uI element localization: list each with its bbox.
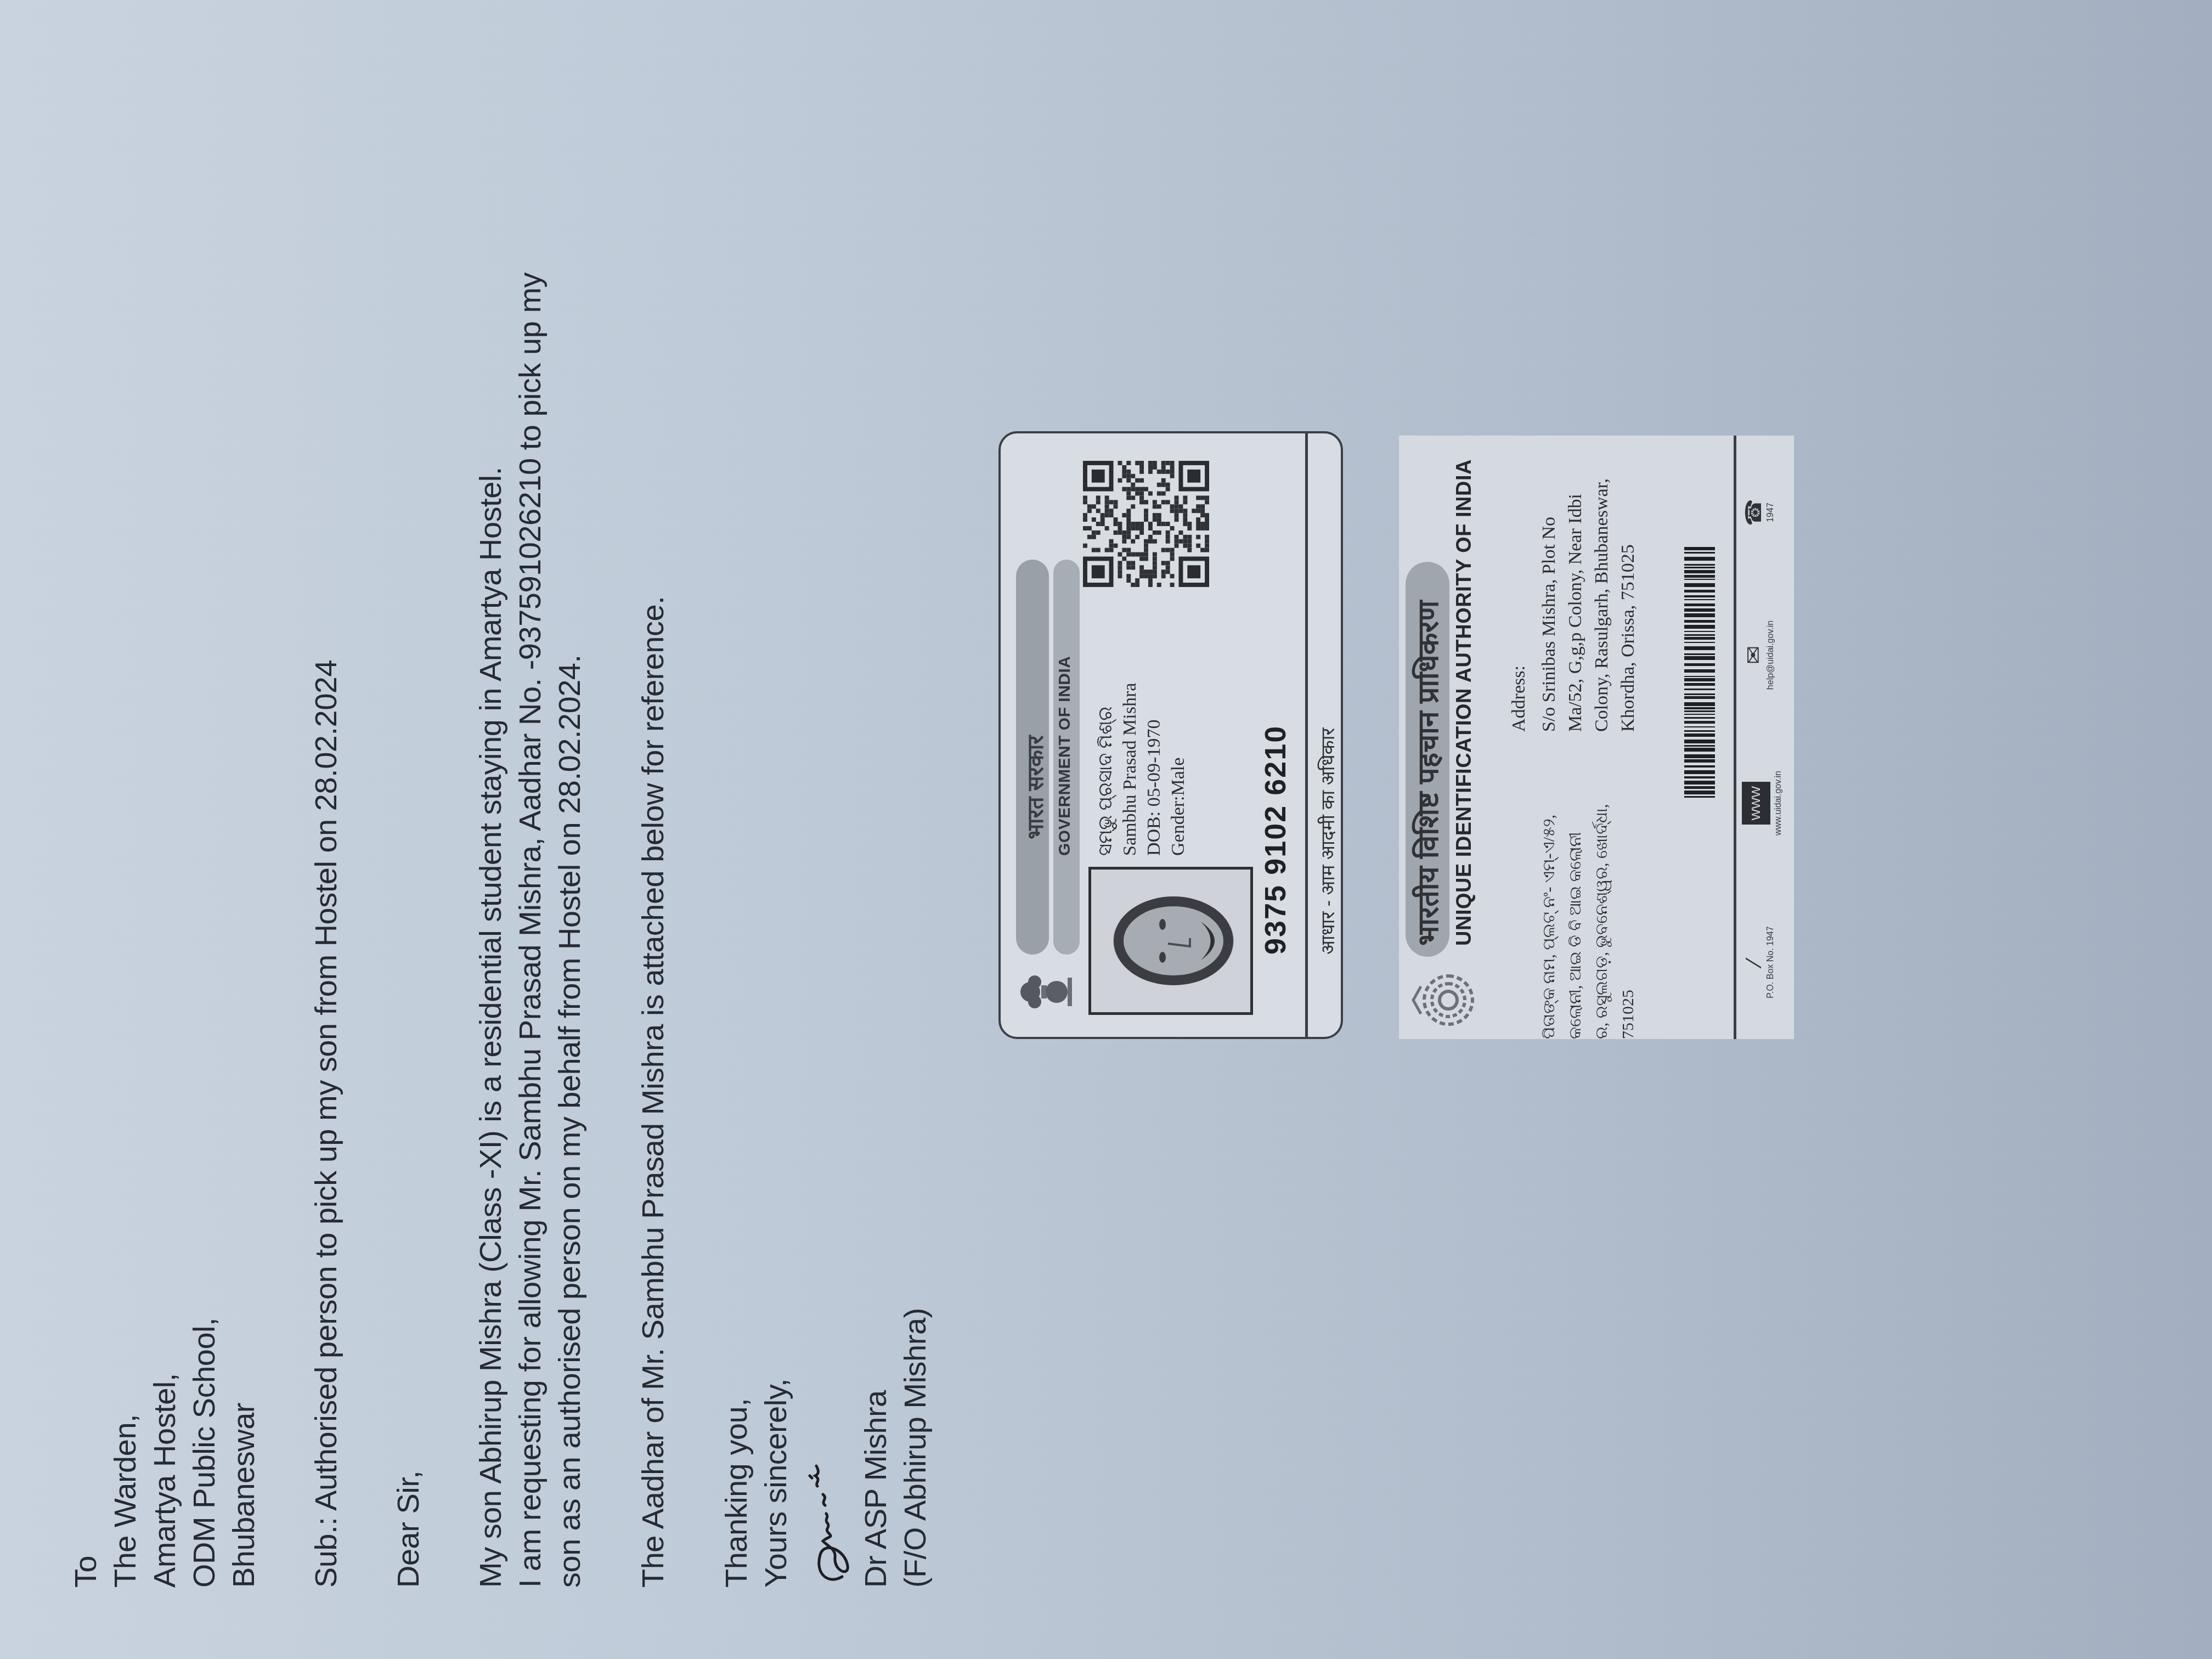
holder-name: Sambhu Prasad Mishra	[1118, 683, 1142, 856]
signatory-relation: (F/O Abhirup Mishra)	[895, 52, 935, 1588]
uidai-hindi: भारतीय विशिष्ट पहचान प्राधिकरण	[1408, 601, 1447, 946]
aadhaar-logo-icon	[1410, 964, 1476, 1036]
signature-icon	[795, 52, 856, 1588]
holder-dob: DOB: 05-09-1970	[1142, 683, 1166, 856]
address-local-line: ର, ରସୁଲଗଡ଼, ଭୁବନେଶ୍ୱର, ଖୋର୍ଦ୍ଧା,	[1589, 754, 1615, 1039]
closing-line: Yours sincerely,	[756, 52, 795, 1588]
qr-code-icon	[1083, 461, 1209, 587]
subject-line: Sub.: Authorised person to pick up my so…	[306, 52, 346, 1588]
address-label: Address:	[1509, 665, 1530, 732]
recipient-block: To The Warden, Amartya Hostel, ODM Publi…	[66, 52, 263, 1588]
address-line: Colony, Rasulgarh, Bhubaneswar,	[1589, 478, 1615, 732]
address-local-line: ପିତାଙ୍କ ନାମ, ପ୍ଲଟ୍ ନଂ- ଏମ୍-ଏ/୫୨,	[1536, 754, 1562, 1039]
salutation: Dear Sir,	[388, 52, 428, 1588]
uidai-english: UNIQUE IDENTIFICATION AUTHORITY OF INDIA	[1453, 459, 1476, 946]
address-local-line: 751025	[1615, 754, 1641, 1039]
body-paragraph-2: The Aadhar of Mr. Sambhu Prasad Mishra i…	[633, 52, 673, 1588]
body-line: I am requesting for allowing Mr. Sambhu …	[510, 52, 550, 1588]
divider	[1305, 433, 1308, 1037]
aadhaar-attachment: भारत सरकार GOVERNMENT OF INDIA ସମ୍ଭୁ ପ୍ର…	[998, 436, 1799, 1039]
footer-text: help@uidai.gov.in	[1766, 620, 1775, 690]
aadhaar-back: भारतीय विशिष्ट पहचान प्राधिकरण UNIQUE ID…	[1399, 436, 1794, 1039]
divider	[1734, 436, 1736, 1039]
email-icon: ✉	[1742, 600, 1766, 710]
footer-text: 1947	[1766, 503, 1775, 522]
aadhaar-front: भारत सरकार GOVERNMENT OF INDIA ସମ୍ଭୁ ପ୍ର…	[998, 431, 1343, 1039]
address-line: Ma/52, G,g,p Colony, Near Idbi	[1562, 478, 1589, 732]
address-line: Khordha, Orissa, 751025	[1615, 478, 1641, 732]
closing-line: Thanking you,	[716, 52, 756, 1588]
footer-text: www.uidai.gov.in	[1774, 771, 1783, 836]
closing-block: Thanking you, Yours sincerely,	[716, 52, 795, 1588]
address-english: S/o Srinibas Mishra, Plot No Ma/52, G,g,…	[1536, 478, 1641, 732]
body-line: My son Abhirup Mishra (Class -XI) is a r…	[471, 52, 510, 1588]
holder-name-local: ସମ୍ଭୁ ପ୍ରସାଦ ମିଶ୍ର	[1094, 683, 1118, 856]
recipient-line: Amartya Hostel,	[145, 52, 184, 1588]
recipient-line: Bhubaneswar	[224, 52, 263, 1588]
recipient-line: To	[66, 52, 105, 1588]
signatory-name: Dr ASP Mishra	[856, 52, 895, 1588]
aadhaar-slogan: आधार - आम आदमी का अधिकार	[1314, 728, 1340, 955]
holder-gender: Gender:Male	[1166, 683, 1190, 856]
holder-photo	[1088, 867, 1253, 1015]
holder-details: ସମ୍ଭୁ ପ୍ରସାଦ ମିଶ୍ର Sambhu Prasad Mishra …	[1094, 683, 1190, 856]
govt-english: GOVERNMENT OF INDIA	[1056, 656, 1074, 856]
signature-slash-icon: ⁄	[1742, 907, 1766, 1017]
phone-icon: ☎	[1742, 458, 1766, 567]
letter-body: To The Warden, Amartya Hostel, ODM Publi…	[66, 52, 935, 1588]
footer-text: P.O. Box No. 1947	[1766, 926, 1775, 998]
aadhaar-number: 9375 9102 6210	[1259, 725, 1293, 955]
govt-hindi: भारत सरकार	[1019, 735, 1049, 839]
www-icon: WWW	[1742, 782, 1770, 825]
footer-item: WWW www.uidai.gov.in	[1742, 748, 1784, 858]
footer-item: ☎ 1947	[1742, 458, 1776, 567]
body-line: son as an authorised person on my behalf…	[550, 52, 589, 1588]
national-emblem-icon	[1017, 969, 1077, 1015]
footer-item: ⁄ P.O. Box No. 1947	[1742, 907, 1776, 1017]
address-local: ପିତାଙ୍କ ନାମ, ପ୍ଲଟ୍ ନଂ- ଏମ୍-ଏ/୫୨, କଲୋନୀ, …	[1536, 754, 1641, 1039]
letter-page: To The Warden, Amartya Hostel, ODM Publi…	[0, 0, 2212, 1659]
address-local-line: କଲୋନୀ, ଆଇ ଡି ବି ଆଇ କଲୋନୀ	[1562, 754, 1589, 1039]
barcode-icon	[1684, 545, 1715, 798]
recipient-line: ODM Public School,	[184, 52, 224, 1588]
card-footer: ⁄ P.O. Box No. 1947 WWW www.uidai.gov.in…	[1742, 436, 1786, 1039]
body-paragraph-1: My son Abhirup Mishra (Class -XI) is a r…	[471, 52, 589, 1588]
footer-item: ✉ help@uidai.gov.in	[1742, 600, 1776, 710]
signatory-block: Dr ASP Mishra (F/O Abhirup Mishra)	[856, 52, 935, 1588]
recipient-line: The Warden,	[105, 52, 145, 1588]
address-line: S/o Srinibas Mishra, Plot No	[1536, 478, 1562, 732]
